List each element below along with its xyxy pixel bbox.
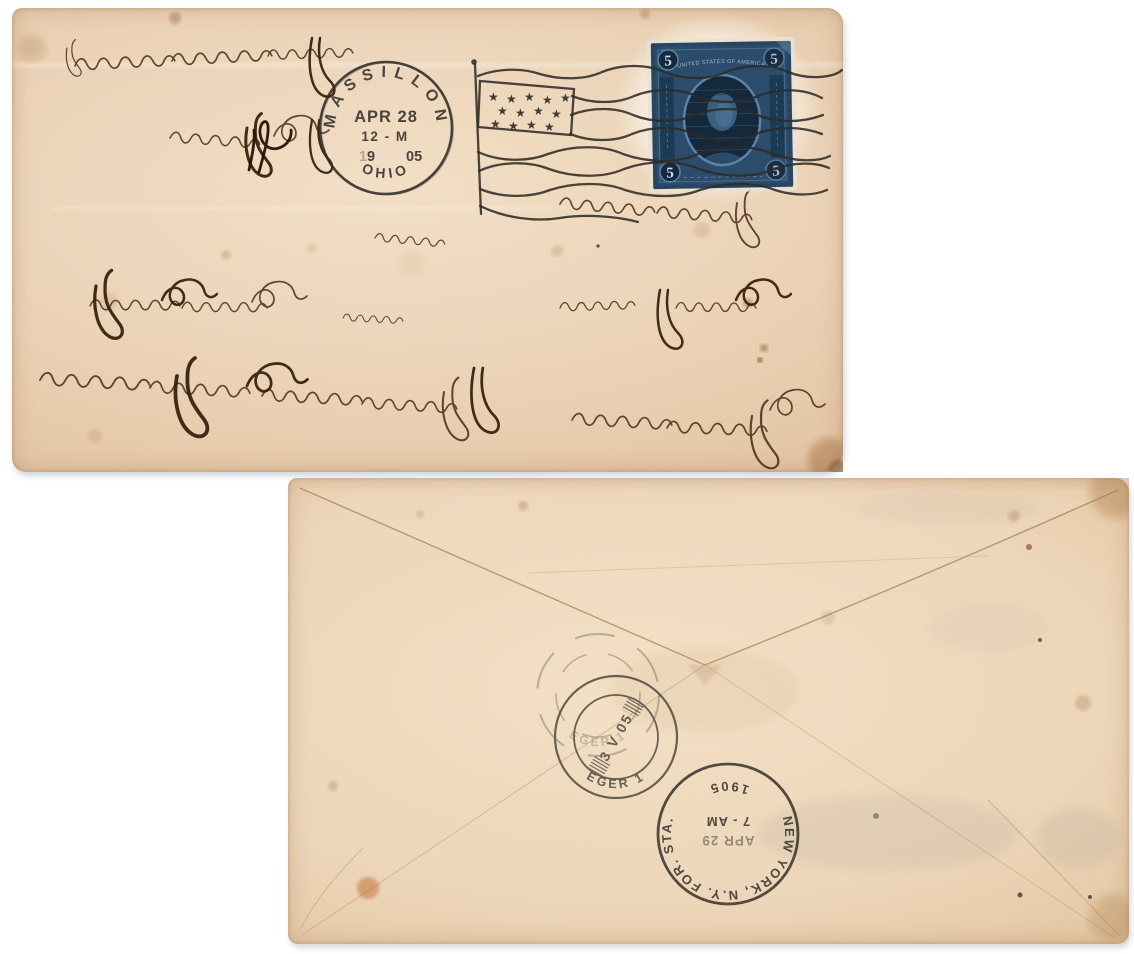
flag-stars: ★ ★ ★ ★ ★ ★ ★ ★ ★ ★ ★ ★ ★: [488, 90, 571, 134]
stamp-numeral: 5: [664, 53, 672, 69]
envelope-back-artwork: EGER 1 3 V 05 EGER 1: [288, 478, 1129, 944]
stamp-numeral: 5: [770, 52, 778, 68]
svg-text:★: ★: [488, 90, 499, 104]
svg-text:★: ★: [490, 117, 501, 131]
svg-text:★: ★: [524, 90, 535, 104]
svg-text:1905: 1905: [705, 779, 751, 798]
svg-text:★: ★: [544, 120, 555, 134]
eger-town: EGER 1: [584, 769, 647, 791]
postmark-date: APR 28: [354, 108, 418, 126]
postmark-state: OHIO: [360, 160, 412, 182]
ny-time: 7 - AM: [706, 814, 751, 829]
svg-text:★: ★: [515, 106, 526, 120]
svg-text:★: ★: [533, 104, 544, 118]
svg-text:★: ★: [526, 118, 537, 132]
massillon-postmark: MASSILLON APR 28 12 - M 1 9 05 OHIO: [320, 62, 454, 195]
postmark-year-right: 05: [406, 149, 422, 165]
envelope-front-artwork: MASSILLON APR 28 12 - M 1 9 05 OHIO U: [12, 8, 843, 472]
stamp-numeral: 5: [772, 164, 780, 180]
svg-text:★: ★: [508, 119, 519, 133]
postmark-time: 12 - M: [361, 129, 408, 144]
scanned-photo-canvas: MASSILLON APR 28 12 - M 1 9 05 OHIO U: [0, 0, 1134, 954]
svg-text:EGER 1: EGER 1: [584, 769, 647, 791]
svg-text:★: ★: [497, 104, 508, 118]
stamp-numeral: 5: [666, 165, 674, 181]
svg-text:★: ★: [551, 107, 562, 121]
envelope-back: EGER 1 3 V 05 EGER 1: [288, 478, 1129, 944]
flap-and-creases: [300, 488, 1120, 938]
envelope-front: MASSILLON APR 28 12 - M 1 9 05 OHIO U: [12, 8, 843, 472]
ny-date: APR 29: [701, 833, 754, 848]
ny-year: 1905: [705, 779, 751, 798]
svg-text:★: ★: [560, 91, 571, 105]
svg-text:OHIO: OHIO: [360, 160, 412, 182]
